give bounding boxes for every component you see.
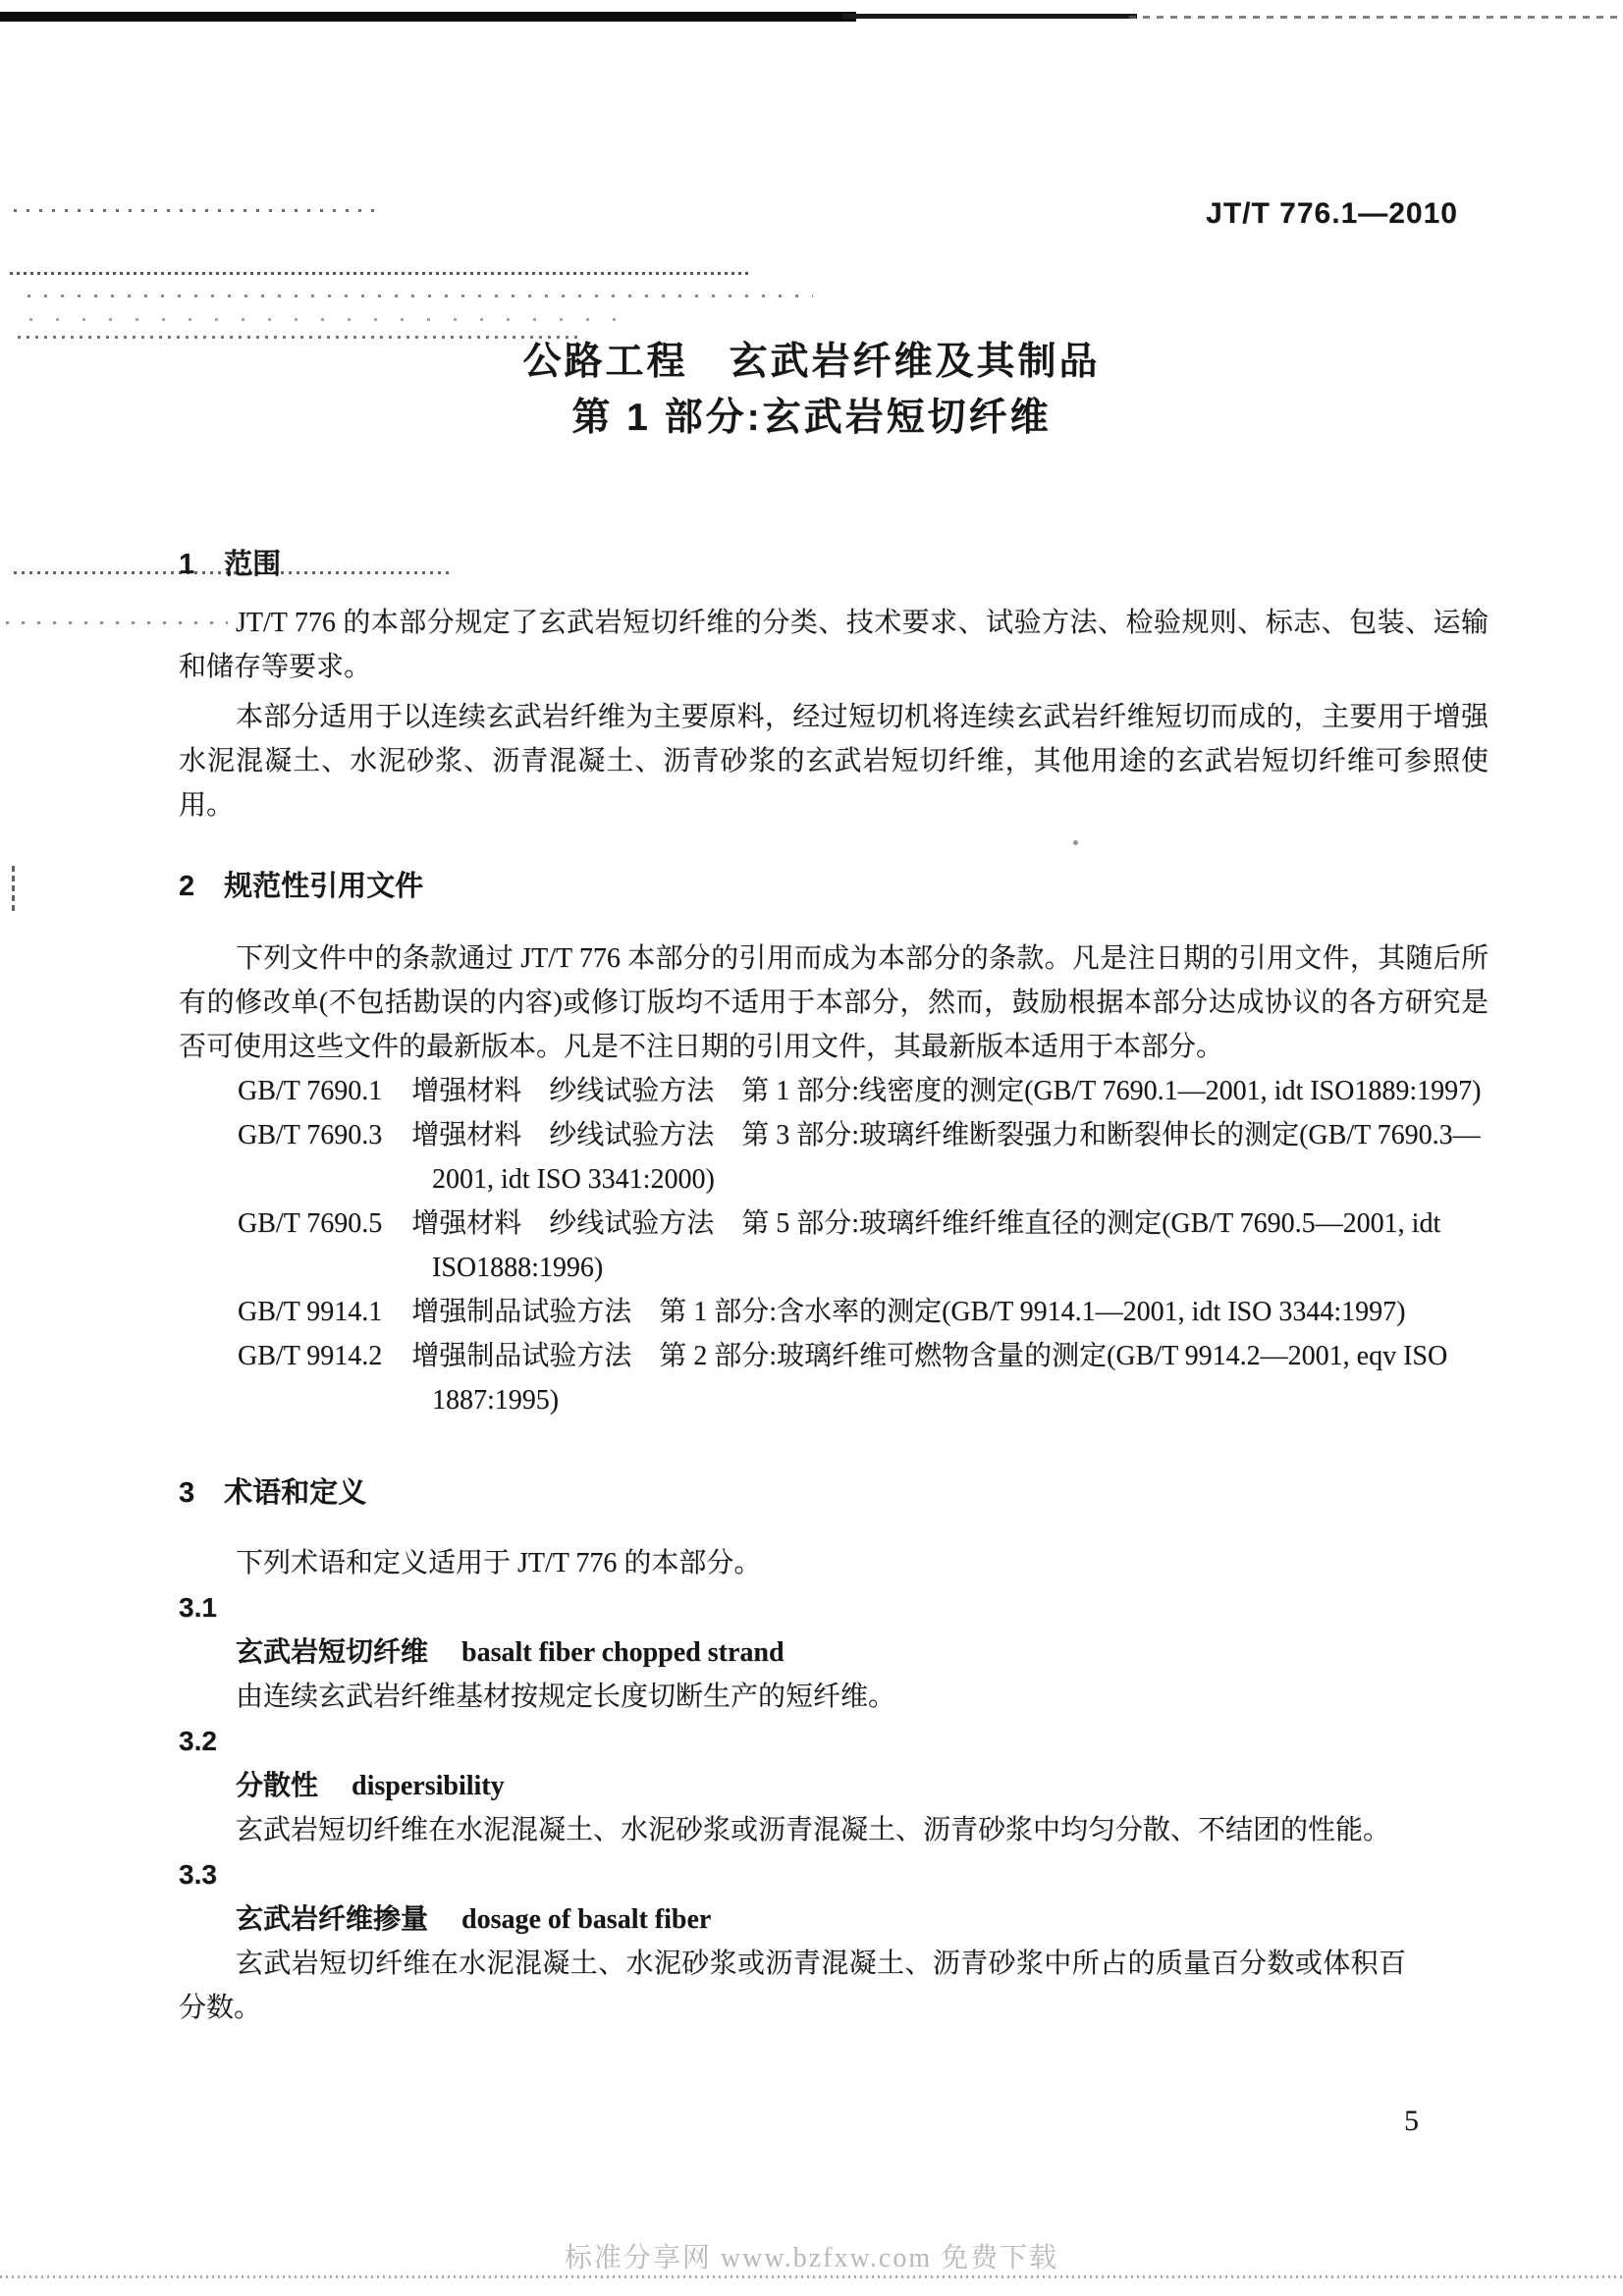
scan-vertical-mark-artifact [12,866,15,915]
reference-title: 增强制品试验方法 第 1 部分:含水率的测定(GB/T 9914.1—2001,… [411,1297,1405,1327]
reference-item: GB/T 9914.1增强制品试验方法 第 1 部分:含水率的测定(GB/T 9… [179,1290,1488,1334]
term-number-3-1: 3.1 [179,1585,1488,1629]
scan-top-bar-artifact [0,12,856,22]
section-1-heading: 1范围 [179,543,1488,587]
reference-item: GB/T 7690.3增强材料 纱线试验方法 第 3 部分:玻璃纤维断裂强力和断… [179,1113,1488,1201]
document-title-line1: 公路工程 玄武岩纤维及其制品 [0,340,1623,385]
reference-code: GB/T 7690.3 [238,1120,382,1150]
scan-dotted-line-artifact [27,294,813,297]
standard-code: JT/T 776.1—2010 [1206,197,1458,231]
term-english-name: dispersibility [352,1771,505,1801]
term-chinese-name: 分散性 [236,1770,318,1800]
reference-title: 增强材料 纱线试验方法 第 5 部分:玻璃纤维纤维直径的测定(GB/T 7690… [411,1208,1440,1283]
scope-paragraph-2: 本部分适用于以连续玄武岩纤维为主要原料，经过短切机将连续玄武岩纤维短切而成的，主… [179,695,1488,828]
scope-paragraph-1: JT/T 776 的本部分规定了玄武岩短切纤维的分类、技术要求、试验方法、检验规… [179,601,1488,689]
term-definition-3-3: 玄武岩短切纤维在水泥混凝土、水泥砂浆或沥青混凝土、沥青砂浆中所占的质量百分数或体… [179,1942,1406,2030]
term-number-3-3: 3.3 [179,1852,1488,1896]
reference-title: 增强材料 纱线试验方法 第 1 部分:线密度的测定(GB/T 7690.1—20… [411,1076,1481,1106]
section-2-title: 规范性引用文件 [224,871,423,902]
reference-item: GB/T 7690.1增强材料 纱线试验方法 第 1 部分:线密度的测定(GB/… [179,1069,1488,1113]
document-title: 公路工程 玄武岩纤维及其制品 第 1 部分:玄武岩短切纤维 [0,340,1623,441]
section-3-heading: 3术语和定义 [179,1471,1488,1516]
reference-code: GB/T 7690.5 [238,1208,382,1239]
scan-top-bar-artifact [842,14,1137,19]
scan-dotted-line-artifact [14,209,379,212]
section-1-title: 范围 [224,549,281,580]
scanned-standard-page: JT/T 776.1—2010 公路工程 玄武岩纤维及其制品 第 1 部分:玄武… [0,0,1623,2296]
reference-code: GB/T 7690.1 [238,1076,382,1106]
reference-title: 增强制品试验方法 第 2 部分:玻璃纤维可燃物含量的测定(GB/T 9914.2… [411,1341,1447,1415]
reference-code: GB/T 9914.2 [238,1341,382,1371]
scan-dotted-line-artifact [10,272,752,275]
term-chinese-name: 玄武岩纤维掺量 [236,1903,428,1934]
term-number-3-2: 3.2 [179,1719,1488,1763]
document-body: 1范围 JT/T 776 的本部分规定了玄武岩短切纤维的分类、技术要求、试验方法… [179,543,1488,2030]
references-intro-paragraph: 下列文件中的条款通过 JT/T 776 本部分的引用而成为本部分的条款。凡是注日… [179,936,1488,1069]
reference-title: 增强材料 纱线试验方法 第 3 部分:玻璃纤维断裂强力和断裂伸长的测定(GB/T… [411,1120,1480,1195]
term-title-3-3: 玄武岩纤维掺量dosage of basalt fiber [179,1896,1488,1942]
section-2-heading: 2规范性引用文件 [179,865,1488,909]
scan-dotted-line-artifact [18,336,583,339]
section-3-number: 3 [179,1477,194,1509]
watermark: 标准分享网 www.bzfxw.com 免费下载 [0,2236,1623,2275]
section-1-number: 1 [179,549,194,580]
reference-item: GB/T 9914.2增强制品试验方法 第 2 部分:玻璃纤维可燃物含量的测定(… [179,1334,1488,1422]
scan-dotted-line-artifact [29,318,630,321]
scan-top-bar-artifact [1129,16,1623,19]
page-number: 5 [1404,2105,1419,2138]
reference-item: GB/T 7690.5增强材料 纱线试验方法 第 5 部分:玻璃纤维纤维直径的测… [179,1201,1488,1290]
term-english-name: dosage of basalt fiber [461,1904,711,1935]
term-english-name: basalt fiber chopped strand [461,1637,784,1668]
term-definition-3-2: 玄武岩短切纤维在水泥混凝土、水泥砂浆或沥青混凝土、沥青砂浆中均匀分散、不结团的性… [179,1808,1488,1852]
section-3-title: 术语和定义 [224,1477,366,1509]
section-2-number: 2 [179,871,194,902]
term-title-3-2: 分散性dispersibility [179,1763,1488,1808]
term-title-3-1: 玄武岩短切纤维basalt fiber chopped strand [179,1629,1488,1675]
document-title-line2: 第 1 部分:玄武岩短切纤维 [0,396,1623,441]
terms-intro-paragraph: 下列术语和定义适用于 JT/T 776 的本部分。 [179,1541,1488,1585]
reference-code: GB/T 9914.1 [238,1297,382,1327]
term-definition-3-1: 由连续玄武岩纤维基材按规定长度切断生产的短纤维。 [179,1675,1488,1719]
scan-bottom-dotted-line-artifact [0,2275,1623,2278]
term-chinese-name: 玄武岩短切纤维 [236,1636,428,1667]
